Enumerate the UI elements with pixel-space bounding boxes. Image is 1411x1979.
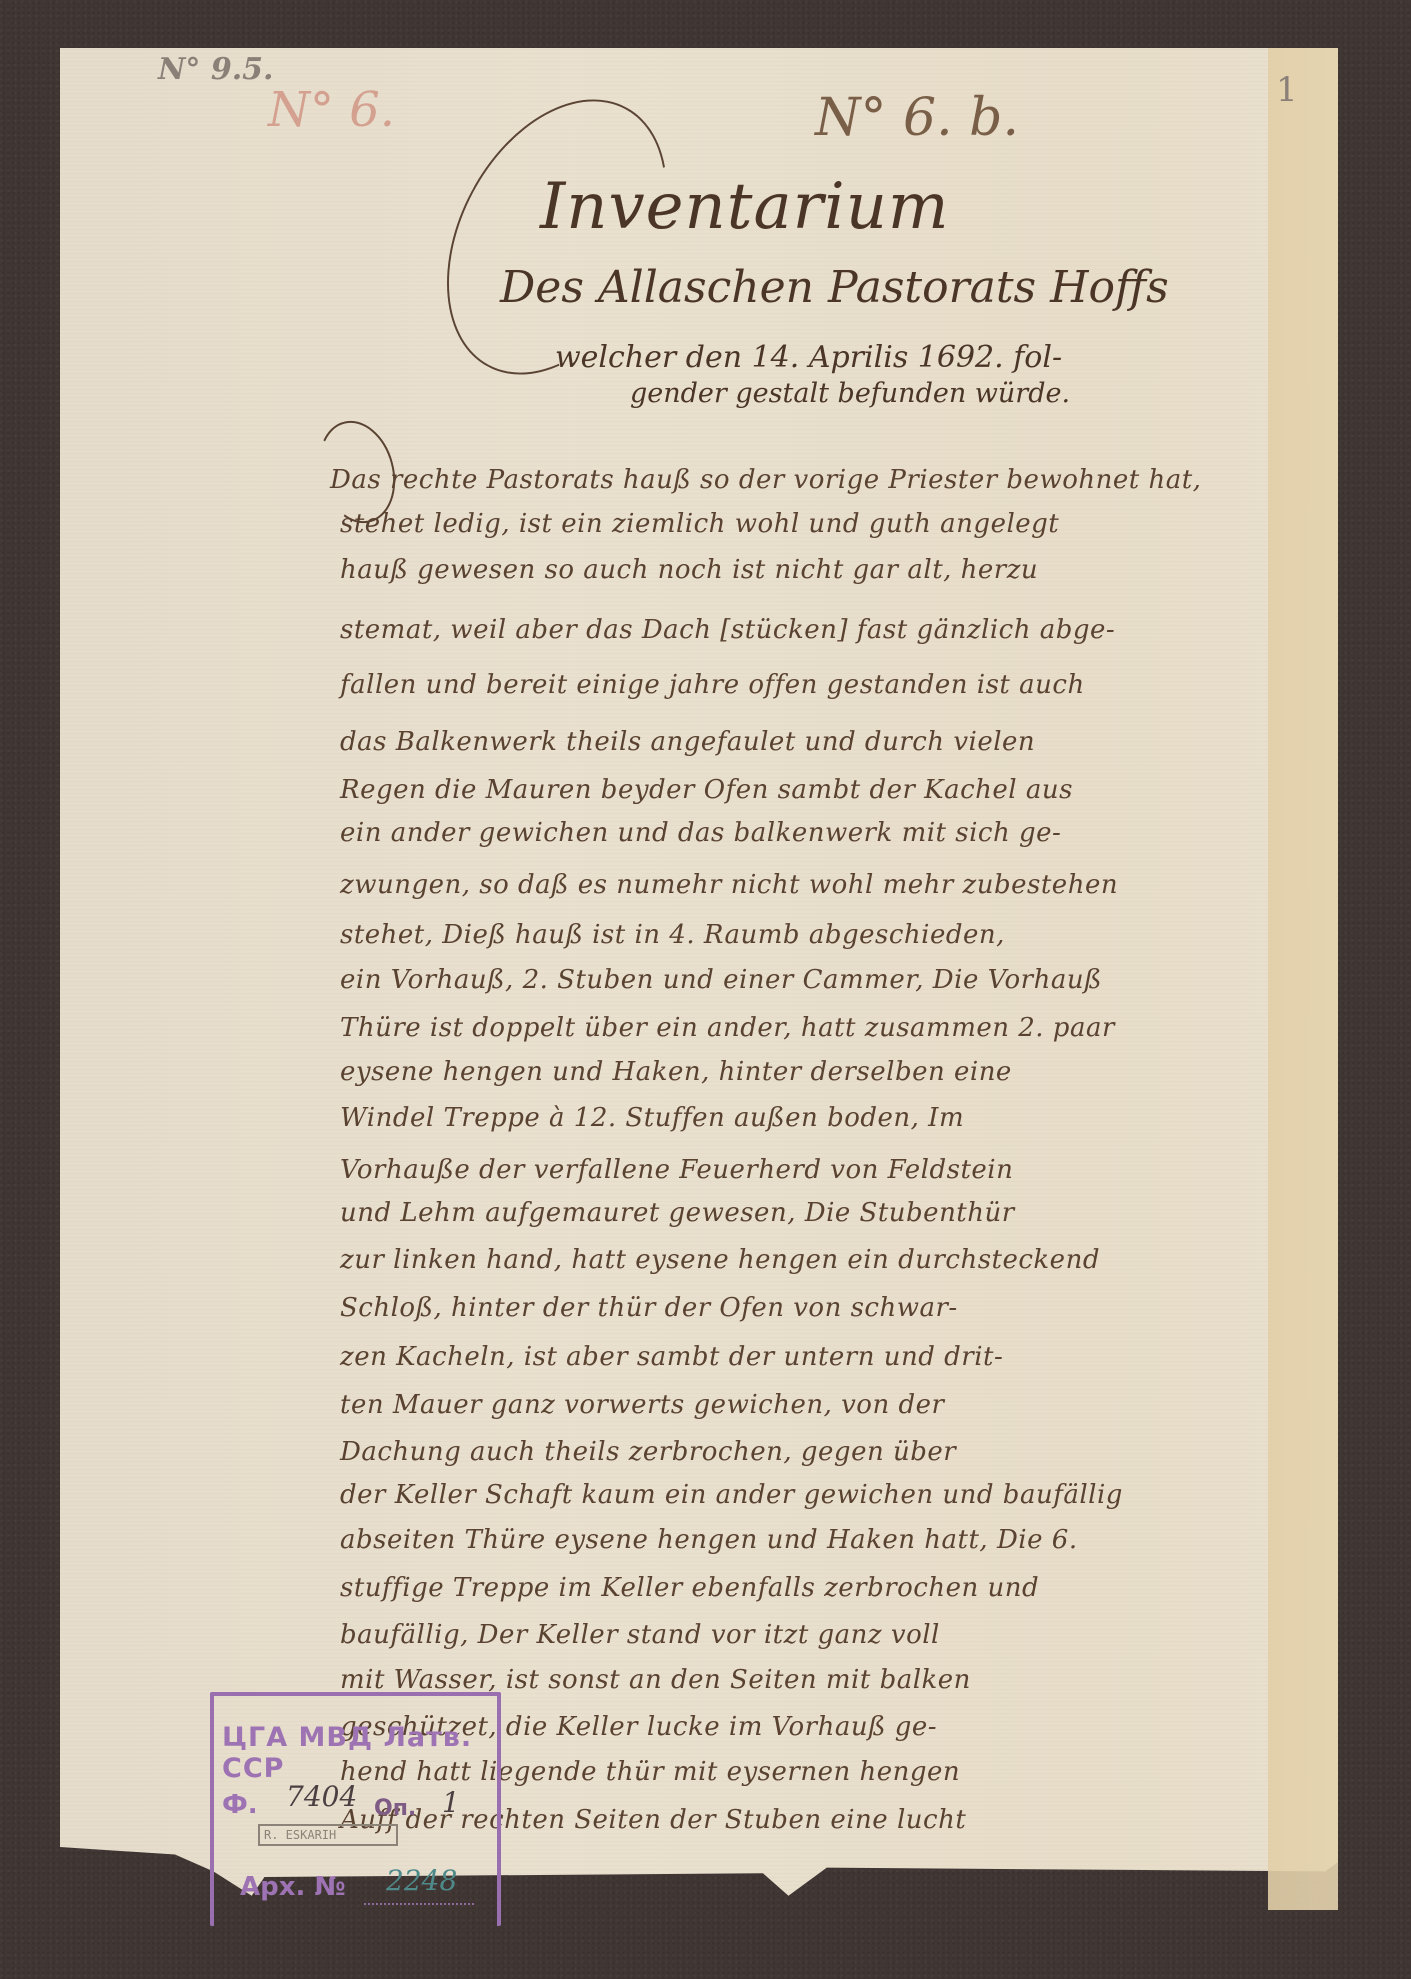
body-line: Regen die Mauren beyder Ofen sambt der K…: [340, 775, 1073, 805]
body-line: ein Vorhauß, 2. Stuben und einer Cammer,…: [340, 965, 1102, 995]
body-line: Vorhauße der verfallene Feuerherd von Fe…: [340, 1155, 1013, 1185]
body-line: zur linken hand, hatt eysene hengen ein …: [340, 1245, 1100, 1275]
body-line: eysene hengen und Haken, hinter derselbe…: [340, 1057, 1012, 1087]
body-line: stuffige Treppe im Keller ebenfalls zerb…: [340, 1573, 1039, 1603]
body-line: zen Kacheln, ist aber sambt der untern u…: [340, 1342, 1003, 1372]
body-line: abseiten Thüre eysene hengen und Haken h…: [340, 1525, 1078, 1555]
corner-pencil-mark: 1: [1276, 70, 1298, 110]
body-line: ten Mauer ganz vorwerts gewichen, von de…: [340, 1390, 944, 1420]
body-line: zwungen, so daß es numehr nicht wohl meh…: [340, 870, 1118, 900]
stamp-inner-name-stamp: R. ESKARIH: [258, 1824, 398, 1846]
stamp-opis-value: 1: [442, 1786, 460, 1819]
heading-date-line: welcher den 14. Aprilis 1692. fol-: [555, 340, 1062, 375]
stamp-opis-label: Оп.: [374, 1796, 416, 1821]
pencil-folio-number: N° 9.5.: [158, 52, 274, 87]
stamp-archive-value: 2248: [386, 1864, 457, 1897]
heading-title: Inventarium: [540, 170, 950, 244]
heading-subject: Des Allaschen Pastorats Hoffs: [500, 262, 1169, 313]
stamp-fond-label: Ф.: [222, 1790, 258, 1820]
body-line: Das rechte Pastorats hauß so der vorige …: [330, 465, 1201, 495]
body-line: stehet ledig, ist ein ziemlich wohl und …: [340, 509, 1059, 539]
body-line: mit Wasser, ist sonst an den Seiten mit …: [340, 1665, 971, 1695]
ink-folio-number: N° 6. b.: [815, 88, 1019, 148]
heading-closing-line: gender gestalt befunden würde.: [630, 378, 1070, 409]
body-line: Schloß, hinter der thür der Ofen von sch…: [340, 1293, 958, 1323]
body-line: ein ander gewichen und das balkenwerk mi…: [340, 818, 1061, 848]
stamp-fond-value: 7404: [286, 1780, 357, 1813]
stamp-dotted-line: [364, 1903, 474, 1905]
body-line: fallen und bereit einige jahre offen ges…: [340, 670, 1085, 700]
body-line: der Keller Schaft kaum ein ander gewiche…: [340, 1480, 1123, 1510]
stamp-archive-label: Арх. №: [240, 1872, 346, 1902]
stamp-archive-name: ЦГА МВД Латв. ССР: [222, 1722, 497, 1784]
paper-right-strip: [1268, 48, 1338, 1910]
body-line: hauß gewesen so auch noch ist nicht gar …: [340, 555, 1038, 585]
body-line: Windel Treppe à 12. Stuffen außen boden,…: [340, 1103, 964, 1133]
body-line: Thüre ist doppelt über ein ander, hatt z…: [340, 1013, 1115, 1043]
body-line: Dachung auch theils zerbrochen, gegen üb…: [340, 1437, 956, 1467]
body-line: stehet, Dieß hauß ist in 4. Raumb abgesc…: [340, 920, 1005, 950]
body-line: das Balkenwerk theils angefaulet und dur…: [340, 727, 1035, 757]
archive-stamp: ЦГА МВД Латв. ССР Ф. 7404 Оп. 1 R. ESKAR…: [210, 1692, 501, 1926]
body-line: baufällig, Der Keller stand vor itzt gan…: [340, 1620, 940, 1650]
red-folio-number: N° 6.: [268, 82, 395, 138]
body-line: und Lehm aufgemauret gewesen, Die Stuben…: [340, 1198, 1015, 1228]
body-line: stemat, weil aber das Dach [stücken] fas…: [340, 615, 1115, 645]
